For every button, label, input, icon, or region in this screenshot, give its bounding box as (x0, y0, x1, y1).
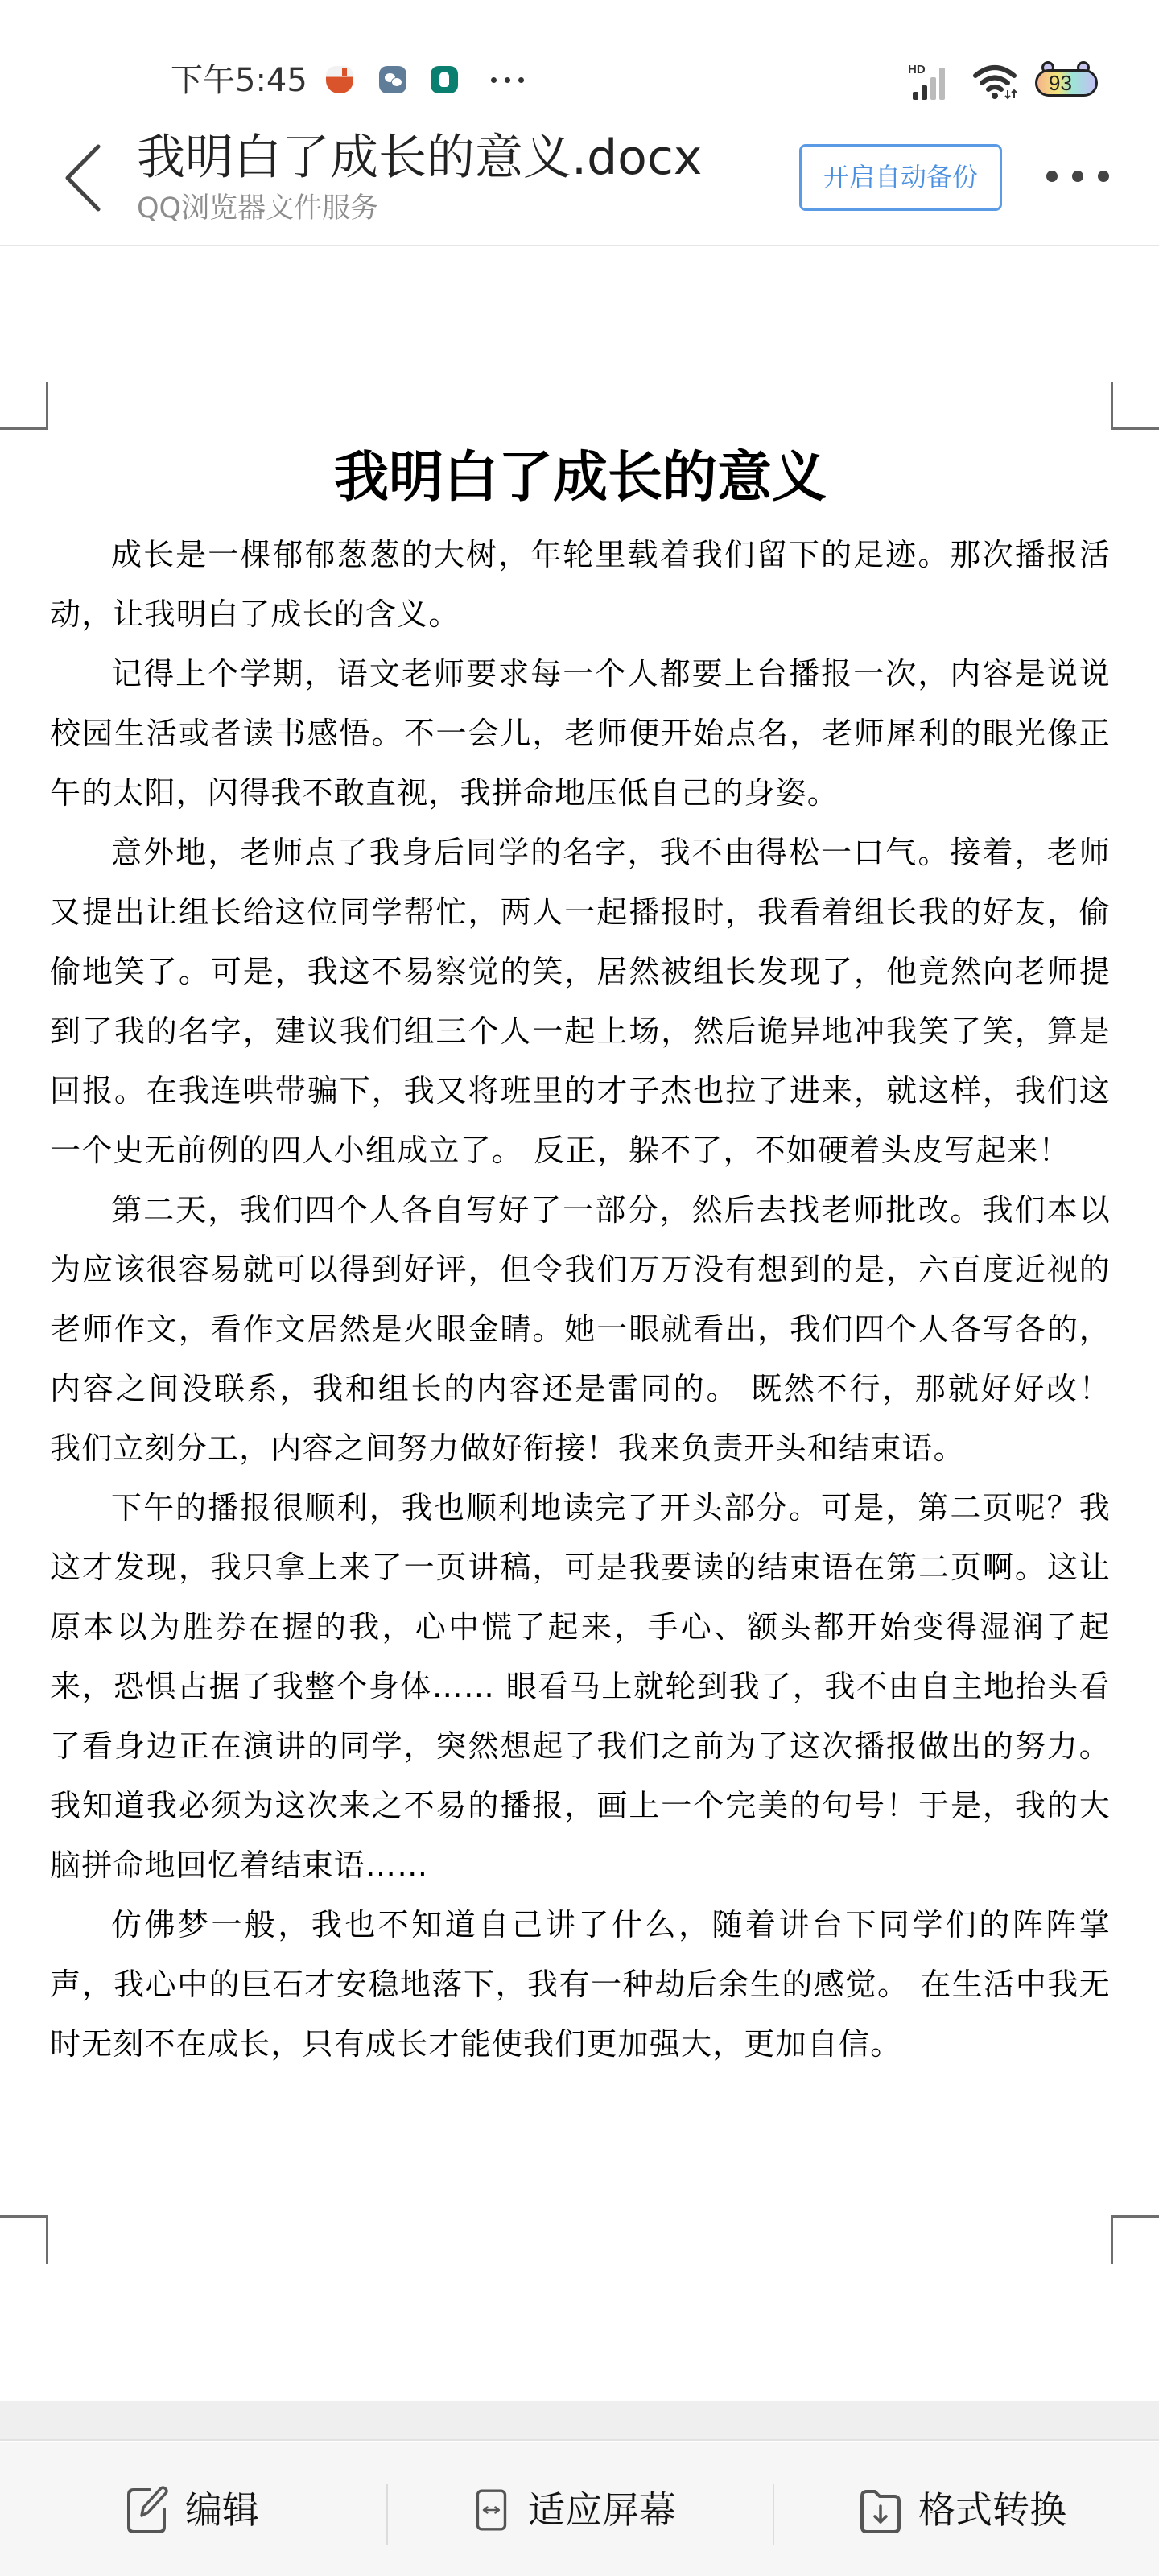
toolbar-divider (773, 2484, 774, 2545)
wechat-icon (379, 66, 406, 93)
more-notifications-icon (491, 77, 526, 84)
status-bar: 下午5:45 HD 93 (0, 0, 1159, 121)
battery-level: 93 (1049, 72, 1072, 94)
more-options-button[interactable] (1043, 167, 1112, 188)
paragraph: 意外地，老师点了我身后同学的名字，我不由得松一口气。接着，老师又提出让组长给这位… (50, 823, 1111, 1180)
format-convert-label: 格式转换 (918, 2481, 1066, 2539)
back-button[interactable] (56, 142, 108, 214)
edit-button[interactable]: 编辑 (126, 2481, 259, 2539)
margin-corner-mark (0, 2215, 48, 2264)
paragraph: 记得上个学期，语文老师要求每一个人都要上台播报一次，内容是说说校园生活或者读书感… (50, 644, 1111, 823)
format-convert-icon (859, 2485, 902, 2535)
file-source-subtitle: QQ浏览器文件服务 (137, 190, 378, 227)
toolbar-divider (386, 2484, 388, 2545)
more-dot-icon (1072, 171, 1083, 182)
margin-corner-mark (1111, 382, 1159, 430)
paragraph: 仿佛梦一般，我也不知道自己讲了什么，随着讲台下同学们的阵阵掌声，我心中的巨石才安… (50, 1895, 1111, 2074)
document-page[interactable]: 我明白了成长的意义 成长是一棵郁郁葱葱的大树，年轮里载着我们留下的足迹。那次播报… (0, 248, 1159, 2401)
edit-icon (126, 2485, 169, 2535)
bottom-toolbar: 编辑 适应屏幕 格式转换 (0, 2442, 1159, 2576)
page-gap (0, 2401, 1159, 2441)
format-convert-button[interactable]: 格式转换 (859, 2481, 1066, 2539)
edit-label: 编辑 (185, 2481, 259, 2539)
fit-screen-icon (475, 2485, 512, 2535)
more-dot-icon (1098, 171, 1109, 182)
network-type-label: HD (908, 63, 926, 76)
status-time: 下午5:45 (171, 58, 307, 103)
more-dot-icon (1046, 171, 1058, 182)
app-header: 我明白了成长的意义.docx QQ浏览器文件服务 开启自动备份 (0, 121, 1159, 246)
cellular-signal-icon: HD (908, 63, 956, 100)
battery-icon: 93 (1035, 61, 1098, 100)
essay-title: 我明白了成长的意义 (50, 438, 1111, 518)
paragraph: 成长是一棵郁郁葱葱的大树，年轮里载着我们留下的足迹。那次播报活动，让我明白了成长… (50, 525, 1111, 644)
chevron-left-icon (56, 142, 108, 214)
document-body: 我明白了成长的意义 成长是一棵郁郁葱葱的大树，年轮里载着我们留下的足迹。那次播报… (50, 438, 1111, 2074)
margin-corner-mark (0, 382, 48, 430)
wifi-icon (972, 64, 1021, 100)
paragraph: 第二天，我们四个人各自写好了一部分，然后去找老师批改。我们本以为应该很容易就可以… (50, 1180, 1111, 1478)
fit-screen-label: 适应屏幕 (528, 2481, 676, 2539)
qq-icon (431, 66, 458, 93)
tomato-novel-app-icon (326, 66, 353, 93)
paragraph: 下午的播报很顺利，我也顺利地读完了开头部分。可是，第二页呢？我这才发现，我只拿上… (50, 1478, 1111, 1895)
fit-screen-button[interactable]: 适应屏幕 (475, 2481, 676, 2539)
file-title: 我明白了成长的意义.docx (137, 124, 702, 192)
auto-backup-button[interactable]: 开启自动备份 (799, 144, 1002, 211)
margin-corner-mark (1111, 2215, 1159, 2264)
